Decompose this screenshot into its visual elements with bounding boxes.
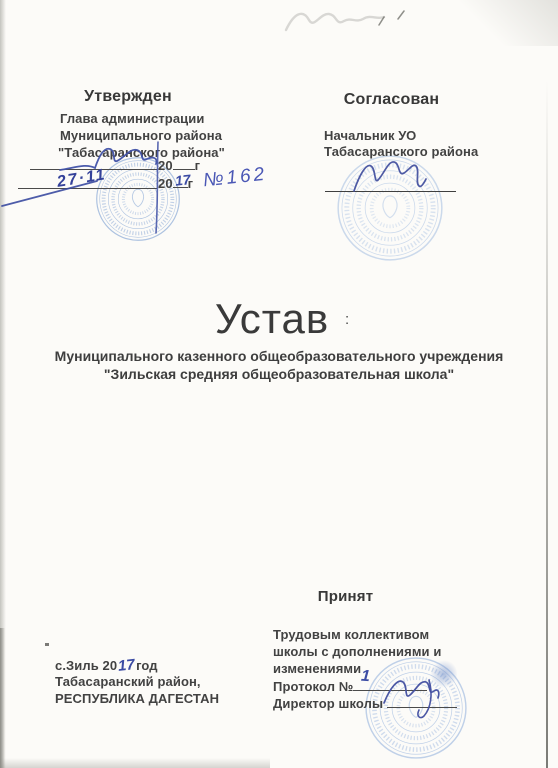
handwritten-order-number: №162	[202, 164, 268, 193]
document-subtitle-2: "Зильская средняя общеобразовательная шк…	[0, 366, 558, 382]
scan-edge-bottom	[0, 758, 270, 768]
year-blank	[173, 157, 195, 170]
protocol-row: Протокол №	[273, 678, 427, 694]
scan-edge-left-bottom	[0, 628, 5, 768]
approved-heading: Утвержден	[58, 88, 198, 106]
approved-line-1: Глава администрации	[60, 111, 204, 126]
footer-line-2: Табасаранский район,	[55, 674, 201, 689]
scan-corner-top-right	[448, 0, 558, 46]
signature-line-agreed	[325, 191, 456, 192]
year-prefix: 20	[158, 158, 173, 173]
agreed-heading: Согласован	[324, 91, 459, 109]
footer-line-3: РЕСПУБЛИКА ДАГЕСТАН	[55, 691, 219, 706]
agreed-line-1: Начальник УО	[324, 128, 416, 143]
handwritten-footer-year: 17	[117, 656, 136, 675]
handwritten-protocol-number: 1	[360, 668, 370, 687]
stamp-seal-top-right	[336, 154, 444, 262]
footer-location-row: с.Зиль 2017год	[55, 657, 158, 674]
director-label: Директор школы	[273, 696, 383, 711]
accepted-heading: Принят	[273, 588, 418, 605]
agreed-line-2: Табасаранского района	[324, 144, 478, 159]
handwritten-year: 17	[174, 171, 191, 189]
ink-speck	[45, 643, 49, 646]
footer-location-prefix: с.Зиль 20	[55, 658, 117, 673]
accepted-line-1: Трудовым коллективом	[273, 627, 429, 642]
approved-date-row-1: 20г	[158, 157, 200, 173]
director-row: Директор школы	[273, 695, 457, 711]
accepted-line-2: школы с дополнениями и	[273, 644, 441, 659]
approved-line-2: Муниципального района	[60, 128, 222, 143]
signature-line-approved-2	[18, 188, 157, 189]
agreed-signature-scribble	[354, 162, 426, 191]
document-subtitle-1: Муниципального казенного общеобразовател…	[0, 348, 558, 364]
year-prefix: 20	[158, 176, 173, 191]
year-suffix: г	[195, 158, 201, 173]
pencil-note-ticks	[379, 11, 404, 25]
pencil-note-scribble	[286, 14, 384, 30]
footer-location-suffix: год	[136, 658, 158, 673]
protocol-label: Протокол №	[273, 679, 353, 694]
scan-edge-right	[546, 80, 548, 768]
accepted-line-3: изменениями	[273, 661, 361, 676]
director-signature-blank	[387, 695, 457, 708]
charter-document-page: Утвержден Глава администрации Муниципаль…	[0, 0, 558, 768]
stamp-ink-blob	[431, 659, 457, 689]
ink-speck-colon: :	[345, 311, 349, 328]
document-title: Устав	[0, 295, 551, 343]
